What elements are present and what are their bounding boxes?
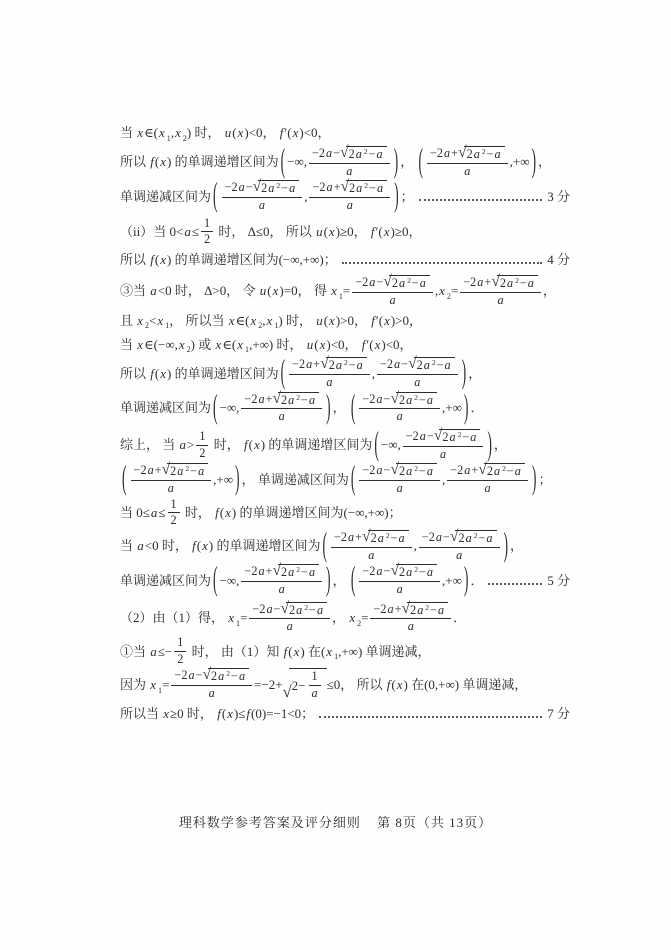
variable: a	[398, 277, 406, 291]
square-root: √2a2−a	[272, 564, 319, 580]
formula-line-19: 所以当 x≥0 时， f(x)≤f(0)=−1<0；7 分	[120, 703, 570, 725]
variable: a	[448, 431, 456, 445]
text-run: ) 的单调递增区间为	[167, 153, 279, 171]
square-root: √2a2−a	[280, 602, 327, 618]
text-run: +	[313, 358, 320, 372]
text-run: −	[462, 431, 469, 445]
variable: a	[439, 448, 447, 462]
variable: a	[136, 537, 145, 555]
variable: a	[208, 687, 216, 701]
text-run: ,	[304, 188, 307, 206]
radical-sign-icon: √	[402, 602, 411, 617]
text-run: 时， 由（1）知	[188, 643, 282, 661]
variable: a	[407, 620, 415, 634]
fraction-numerator: −2a−√2a2−a	[359, 392, 440, 410]
text-run: −	[430, 604, 437, 618]
radical-sign-icon: √	[272, 392, 281, 407]
variable: x	[228, 312, 236, 330]
variable: a	[426, 566, 434, 580]
text-run: 2	[199, 447, 205, 461]
radical-sign-icon: √	[340, 146, 349, 161]
fraction-numerator: −2a−√2a2−a	[222, 180, 303, 198]
big-parenthesis: (	[213, 174, 218, 219]
variable: a	[386, 603, 394, 617]
text-run: ′(	[376, 223, 383, 241]
text-run: −	[427, 430, 434, 444]
big-parenthesis: )	[394, 174, 399, 219]
fraction-denominator: a	[255, 198, 269, 213]
math-fraction: −2a+√2a2−aa	[241, 564, 322, 596]
variable: a	[396, 482, 404, 496]
text-run: −2	[244, 565, 257, 579]
text-run: ≤−	[158, 643, 172, 661]
text-run: −	[419, 465, 426, 479]
radicand: 2a2−a	[208, 668, 249, 684]
variable: x	[272, 282, 280, 300]
text-run: 2	[171, 514, 177, 528]
text-run: ；	[401, 188, 414, 206]
variable: a	[463, 464, 471, 478]
variable: a	[356, 359, 364, 373]
text-run: <0 时， Δ>0， 令	[158, 282, 259, 300]
text-run: 综上， 当	[120, 436, 179, 454]
radicand: 2a2−a	[326, 357, 367, 373]
radicand: 2a2−a	[464, 146, 505, 162]
text-run: −∞,	[287, 153, 307, 171]
text-run: （2）由（1）得，	[120, 609, 227, 627]
text-run: ；	[538, 471, 551, 489]
subscripted-variable: x1	[266, 312, 279, 330]
square-root: √2a2−a	[362, 530, 409, 546]
text-run: −2	[430, 147, 443, 161]
text-run: −2	[334, 531, 347, 545]
text-run: 1	[171, 498, 177, 512]
text-run: +	[395, 603, 402, 617]
variable: a	[355, 182, 363, 196]
variable: a	[287, 566, 295, 580]
text-run: ) 或	[191, 336, 215, 354]
text-run: −	[190, 465, 197, 479]
variable: x	[237, 124, 245, 142]
variable: a	[265, 603, 273, 617]
variable: a	[150, 504, 159, 522]
text-run: )≥0，	[391, 223, 422, 241]
fraction-numerator: 1	[309, 670, 321, 686]
text-run: )<0，	[244, 124, 278, 142]
formula-line-3: 单调递减区间为(−2a−√2a2−aa,−2a+√2a2−aa)；3 分	[120, 180, 570, 212]
math-fraction: −2a−√2a2−aa	[377, 357, 458, 389]
big-parenthesis: )	[532, 457, 537, 502]
subscripted-variable: x2	[438, 282, 451, 300]
square-root: √2a2−a	[340, 146, 387, 162]
text-run: )<0，	[381, 336, 412, 354]
fraction-numerator: 1	[201, 217, 213, 233]
text-run: −2	[406, 430, 419, 444]
text-run: −	[401, 358, 408, 372]
text-run: ′(	[366, 336, 373, 354]
text-run: −	[384, 565, 391, 579]
text-run: 1	[177, 636, 183, 650]
formula-line-17: ①当 a≤−12 时， 由（1）知 f(x) 在(x1,+∞) 单调递减，	[120, 636, 570, 666]
text-run: −	[301, 394, 308, 408]
math-fraction: 1a	[308, 670, 322, 700]
text-run: −	[443, 531, 450, 545]
big-parenthesis: )	[464, 385, 469, 430]
radical-sign-icon: √	[390, 392, 399, 407]
text-run: )>0，	[336, 312, 370, 330]
text-run: 当	[120, 537, 136, 555]
text-run: )<0，	[326, 336, 360, 354]
variable: x	[328, 312, 336, 330]
math-fraction: −2a−√2a2−aa	[352, 275, 433, 307]
variable: x	[325, 643, 333, 661]
text-run: +	[484, 276, 491, 290]
text-run: +	[266, 565, 273, 579]
variable: u	[259, 282, 268, 300]
text-run: −	[231, 670, 238, 684]
variable: a	[267, 182, 275, 196]
variable: x	[136, 312, 144, 330]
text-run: −2	[450, 464, 463, 478]
subscripted-variable: x1	[330, 282, 343, 300]
formula-line-10: 单调递减区间为(−∞,−2a+√2a2−aa)， (−2a−√2a2−aa,+∞…	[120, 392, 570, 424]
fraction-denominator: a	[436, 447, 450, 462]
math-fraction: 12	[201, 217, 213, 247]
variable: a	[325, 181, 333, 195]
text-run: 所以	[120, 365, 149, 383]
text-run: 所以	[120, 251, 149, 269]
text-run: 单调递减区间为	[120, 399, 211, 417]
subscripted-variable: x1	[149, 676, 162, 694]
math-fraction: −2a−√2a2−aa	[403, 429, 484, 461]
variable: x	[178, 336, 186, 354]
variable: a	[419, 277, 427, 291]
big-parenthesis: )	[235, 457, 240, 502]
fraction-denominator: a	[275, 582, 289, 597]
variable: a	[396, 583, 404, 597]
text-run: 当	[120, 336, 136, 354]
variable: a	[167, 482, 175, 496]
text-run: =	[361, 609, 368, 627]
variable: a	[413, 376, 421, 390]
text-run: ,	[372, 365, 375, 383]
text-run: ′(	[284, 124, 291, 142]
radical-sign-icon: √	[390, 463, 399, 478]
fraction-denominator: 2	[168, 513, 180, 528]
variable: a	[375, 393, 383, 407]
radicand: 2a2−a	[439, 429, 480, 445]
variable: a	[183, 223, 192, 241]
text-run: −2	[292, 358, 305, 372]
variable: a	[287, 394, 295, 408]
text-run: −	[412, 277, 419, 291]
variable: x	[292, 124, 300, 142]
radicand: 2a2−a	[286, 602, 327, 618]
variable: a	[311, 687, 319, 701]
text-run: =	[162, 676, 169, 694]
text-run: ≤	[158, 504, 165, 522]
variable: x	[174, 124, 182, 142]
variable: a	[288, 182, 296, 196]
fraction-numerator: 1	[168, 498, 180, 514]
text-run: =−2+	[254, 676, 283, 694]
big-parenthesis: (	[122, 457, 127, 502]
text-run: ,	[414, 537, 417, 555]
text-run: +	[334, 181, 341, 195]
text-run: −	[369, 182, 376, 196]
fraction-denominator: a	[410, 375, 424, 390]
fraction-numerator: −2a−√2a2−a	[309, 146, 390, 164]
formula-line-11: 综上， 当 a>12 时， f(x) 的单调递增区间为(−∞,−2a−√2a2−…	[120, 429, 570, 461]
text-run: −	[333, 147, 340, 161]
variable: x	[158, 124, 166, 142]
variable: x	[348, 609, 356, 627]
variable: a	[426, 465, 434, 479]
text-run: ，	[538, 153, 551, 171]
square-root: √2a2−a	[390, 392, 437, 408]
text-run: −	[419, 394, 426, 408]
radical-sign-icon: √	[280, 602, 289, 617]
variable: a	[497, 294, 505, 308]
square-root: √2a2−a	[390, 564, 437, 580]
text-run: −	[520, 277, 527, 291]
formula-line-2: 所以 f(x) 的单调递增区间为(−∞,−2a−√2a2−aa)， (−2a+√…	[120, 146, 570, 178]
text-run: −2	[244, 393, 257, 407]
variable: a	[346, 199, 354, 213]
text-run: <	[149, 312, 156, 330]
text-run: 时，	[182, 504, 215, 522]
text-run: ) 的单调递增区间为(−∞,+∞)；	[167, 251, 337, 269]
variable: a	[484, 482, 492, 496]
subscripted-variable: x2	[249, 312, 262, 330]
text-run: −	[274, 603, 281, 617]
text-run: ∈(	[236, 312, 250, 330]
text-run: (0)=−1<0；	[251, 705, 314, 723]
text-run: ,+∞	[442, 399, 462, 417]
text-run: ≤0， 所以	[327, 676, 386, 694]
fraction-denominator: a	[364, 548, 378, 563]
variable: a	[347, 531, 355, 545]
fraction-numerator: −2a+√2a2−a	[241, 564, 322, 582]
footer-document-title: 理科数学参考答案及评分细则	[173, 815, 367, 830]
square-root: √2−1a	[283, 668, 327, 700]
text-run: ,+∞	[213, 471, 233, 489]
text-run: −	[391, 532, 398, 546]
text-run: ，	[333, 572, 349, 590]
dotted-leader	[488, 583, 542, 585]
variable: a	[396, 410, 404, 424]
radicand: 2a2−a	[396, 564, 437, 580]
variable: x	[293, 643, 301, 661]
radical-sign-icon: √	[320, 357, 329, 372]
subscripted-variable: x1	[227, 609, 240, 627]
variable: x	[215, 336, 223, 354]
variable: a	[514, 465, 522, 479]
fraction-denominator: a	[460, 164, 474, 179]
fraction-numerator: −2a+√2a2−a	[309, 180, 390, 198]
text-run: ，	[494, 436, 507, 454]
variable: x	[227, 609, 235, 627]
fraction-numerator: −2a+√2a2−a	[370, 602, 451, 620]
text-run: −2	[134, 464, 147, 478]
big-parenthesis: (	[418, 140, 423, 185]
math-fraction: −2a+√2a2−aa	[460, 275, 541, 307]
text-run: 当	[120, 124, 136, 142]
variable: x	[159, 365, 167, 383]
text-run: −2	[362, 565, 375, 579]
text-run: ,+∞) 单调递减，	[338, 643, 430, 661]
variable: a	[376, 182, 384, 196]
radicand: 2a2−a	[278, 564, 319, 580]
variable: a	[367, 549, 375, 563]
text-run: 所以当	[120, 705, 162, 723]
math-fraction: −2a+√2a2−aa	[370, 602, 451, 634]
text-run: =	[343, 282, 350, 300]
square-root: √2a2−a	[162, 463, 209, 479]
variable: a	[469, 431, 477, 445]
text-run: 2−	[292, 677, 306, 695]
text-run: )=0， 得	[279, 282, 330, 300]
fraction-numerator: −2a−√2a2−a	[249, 602, 330, 620]
radicand: 2a2−a	[167, 463, 208, 479]
variable: x	[319, 336, 327, 354]
radicand: 2a2−a	[455, 530, 496, 546]
text-run: ) 的单调递增区间为	[209, 537, 321, 555]
text-run: −	[246, 181, 253, 195]
variable: a	[444, 359, 452, 373]
variable: a	[258, 199, 266, 213]
text-run: )≥0，	[336, 223, 370, 241]
math-fraction: −2a+√2a2−aa	[241, 392, 322, 424]
big-parenthesis: (	[213, 558, 218, 603]
text-run: ，	[332, 609, 348, 627]
variable: a	[443, 147, 451, 161]
square-root: √2a2−a	[402, 602, 449, 618]
variable: a	[238, 670, 246, 684]
math-fraction: −2a+√2a2−aa	[131, 463, 212, 495]
variable: a	[147, 464, 155, 478]
text-run: −2	[422, 531, 435, 545]
formula-line-15: 单调递减区间为(−∞,−2a+√2a2−aa)， (−2a−√2a2−aa,+∞…	[120, 564, 570, 596]
text-run: −	[507, 465, 514, 479]
variable: a	[376, 148, 384, 162]
text-run: −	[437, 359, 444, 373]
text-run: ,	[442, 471, 445, 489]
square-root: √2a2−a	[253, 180, 300, 196]
variable: a	[149, 282, 158, 300]
big-parenthesis: )	[487, 423, 492, 468]
variable: a	[355, 148, 363, 162]
text-run: ∈(	[144, 124, 158, 142]
variable: a	[393, 358, 401, 372]
variable: a	[465, 532, 473, 546]
text-run: ) 时，	[278, 312, 315, 330]
text-run: −	[376, 276, 383, 290]
variable: a	[335, 359, 343, 373]
math-fraction: −2a−√2a2−aa	[222, 180, 303, 212]
big-parenthesis: )	[326, 558, 331, 603]
text-run: ，	[468, 365, 481, 383]
variable: a	[278, 410, 286, 424]
text-run: −	[478, 532, 485, 546]
radical-sign-icon: √	[202, 668, 211, 683]
variable: x	[383, 223, 391, 241]
text-run: 1	[199, 430, 205, 444]
text-run: −2	[362, 393, 375, 407]
radicand: 2a2−a	[407, 602, 448, 618]
variable: a	[305, 358, 313, 372]
variable: a	[493, 465, 501, 479]
fraction-numerator: −2a+√2a2−a	[331, 530, 412, 548]
math-fraction: −2a+√2a2−aa	[309, 180, 390, 212]
fraction-numerator: −2a−√2a2−a	[377, 357, 458, 375]
math-fraction: −2a+√2a2−aa	[427, 146, 508, 178]
text-run: ≥0 时，	[170, 705, 216, 723]
text-run: −	[309, 604, 316, 618]
text-run: −	[349, 359, 356, 373]
formula-line-8: 当 x∈(−∞,x2) 或 x∈(x1,+∞) 时， u(x)<0， f′(x)…	[120, 333, 570, 355]
math-fraction: −2a−√2a2−aa	[171, 668, 252, 700]
variable: a	[506, 277, 514, 291]
variable: a	[368, 276, 376, 290]
text-run: +	[266, 393, 273, 407]
math-fraction: −2a−√2a2−aa	[359, 564, 440, 596]
radical-sign-icon: √	[434, 429, 443, 444]
variable: u	[315, 312, 324, 330]
fraction-numerator: −2a−√2a2−a	[359, 564, 440, 582]
fraction-numerator: 1	[196, 430, 208, 446]
fraction-numerator: −2a−√2a2−a	[419, 530, 500, 548]
formula-line-9: 所以 f(x) 的单调递增区间为(−2a+√2a2−aa,−2a−√2a2−aa…	[120, 357, 570, 389]
text-run: )<0，	[299, 124, 330, 142]
variable: a	[286, 620, 294, 634]
variable: a	[278, 583, 286, 597]
formula-line-6: ③当 a<0 时， Δ>0， 令 u(x)=0， 得 x1=−2a−√2a2−a…	[120, 275, 570, 307]
math-fraction: −2a−√2a2−aa	[249, 602, 330, 634]
radical-sign-icon: √	[450, 530, 459, 545]
variable: x	[383, 312, 391, 330]
square-root: √2a2−a	[450, 530, 497, 546]
big-parenthesis: (	[351, 558, 356, 603]
text-run: ,+∞	[442, 572, 462, 590]
variable: a	[257, 565, 265, 579]
fraction-numerator: −2a+√2a2−a	[427, 146, 508, 164]
text-run: ) 时，	[187, 124, 224, 142]
radical-sign-icon: √	[458, 146, 467, 161]
text-run: ≤	[192, 223, 199, 241]
square-root: √2a2−a	[408, 357, 455, 373]
variable: a	[389, 294, 397, 308]
text-run: ， 单调递减区间为	[242, 471, 349, 489]
text-run: <0 时，	[145, 537, 191, 555]
text-run: ，	[333, 399, 349, 417]
text-run: ，	[510, 537, 523, 555]
text-run: ∈(	[222, 336, 236, 354]
variable: a	[419, 430, 427, 444]
math-fraction: −2a−√2a2−aa	[359, 392, 440, 424]
variable: a	[494, 148, 502, 162]
variable: a	[473, 148, 481, 162]
formula-line-5: 所以 f(x) 的单调递增区间为(−∞,+∞)；4 分	[120, 249, 570, 271]
big-parenthesis: )	[326, 385, 331, 430]
variable: a	[426, 394, 434, 408]
text-run: 5 分	[547, 572, 570, 590]
fraction-denominator: a	[275, 409, 289, 424]
radicand: 2a2−a	[497, 275, 538, 291]
solution-text-block: 当 x∈(x1,x2) 时， u(x)<0， f′(x)<0，所以 f(x) 的…	[120, 120, 570, 727]
big-parenthesis: )	[531, 140, 536, 185]
radicand: 2a2−a	[396, 392, 437, 408]
